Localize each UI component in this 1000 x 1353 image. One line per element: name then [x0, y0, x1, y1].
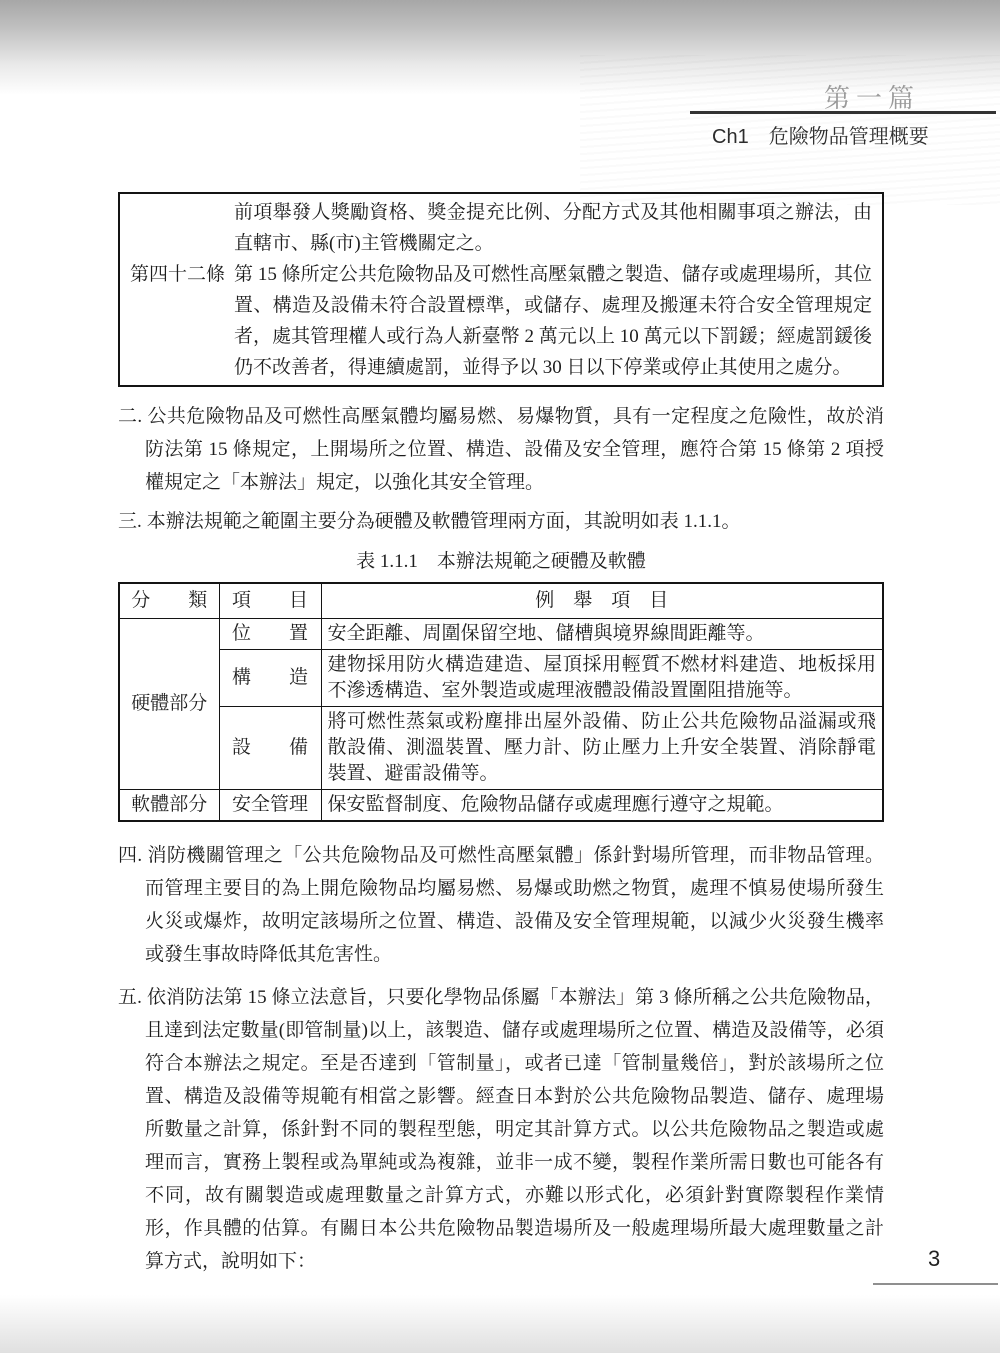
- list-item-3-ordinal: 三.: [118, 511, 142, 532]
- table-row: 軟體部分 安全管理 保安監督制度、危險物品儲存或處理應行遵守之規範。: [119, 790, 883, 822]
- bottom-scan-gradient: [0, 1295, 1000, 1353]
- chapter-label: Ch1: [712, 126, 749, 148]
- legal-box-paragraph: 前項舉發人獎勵資格、獎金提充比例、分配方式及其他相關事項之辦法，由直轄市、縣(市…: [234, 197, 872, 259]
- examples-cell-equipment: 將可燃性蒸氣或粉塵排出屋外設備、防止公共危險物品溢漏或飛散設備、測溫裝置、壓力計…: [321, 707, 883, 790]
- item-cell-location: 位 置: [219, 619, 321, 650]
- table-1-1-1: 分 類 項 目 例 舉 項 目 硬體部分 位 置 安全距離、周圍保留空地、儲槽與…: [118, 582, 884, 822]
- table-row: 設 備 將可燃性蒸氣或粉塵排出屋外設備、防止公共危險物品溢漏或飛散設備、測溫裝置…: [119, 707, 883, 790]
- header-cell-item: 項 目: [219, 583, 321, 619]
- article-row: 第四十二條 第 15 條所定公共危險物品及可燃性高壓氣體之製造、儲存或處理場所，…: [130, 259, 872, 383]
- table-header-row: 分 類 項 目 例 舉 項 目: [119, 583, 883, 619]
- table-row: 構 造 建物採用防火構造建造、屋頂採用輕質不燃材料建造、地板採用不滲透構造、室外…: [119, 650, 883, 707]
- table-caption: 表 1.1.1 本辦法規範之硬體及軟體: [118, 546, 884, 573]
- list-item-5-text: 依消防法第 15 條立法意旨，只要化學物品係屬「本辦法」第 3 條所稱之公共危險…: [145, 987, 884, 1272]
- table-row: 硬體部分 位 置 安全距離、周圍保留空地、儲槽與境界線間距離等。: [119, 619, 883, 650]
- examples-cell-structure: 建物採用防火構造建造、屋頂採用輕質不燃材料建造、地板採用不滲透構造、室外製造或處…: [321, 650, 883, 707]
- header-rule: [690, 111, 996, 114]
- list-item-3: 三.本辦法規範之範圍主要分為硬體及軟體管理兩方面，其說明如表 1.1.1。: [118, 505, 884, 538]
- document-page: 第一篇 Ch1危險物品管理概要 前項舉發人獎勵資格、獎金提充比例、分配方式及其他…: [0, 0, 1000, 1353]
- list-item-4: 四.消防機關管理之「公共危險物品及可燃性高壓氣體」係針對場所管理，而非物品管理。…: [118, 839, 884, 971]
- list-item-2: 二.公共危險物品及可燃性高壓氣體均屬易燃、易爆物質，具有一定程度之危險性，故於消…: [118, 400, 884, 499]
- list-item-3-text: 本辦法規範之範圍主要分為硬體及軟體管理兩方面，其說明如表 1.1.1。: [147, 511, 741, 532]
- list-item-5: 五.依消防法第 15 條立法意旨，只要化學物品係屬「本辦法」第 3 條所稱之公共…: [118, 981, 884, 1278]
- header-cell-category: 分 類: [119, 583, 219, 619]
- chapter-heading: Ch1危險物品管理概要: [712, 120, 929, 149]
- list-item-2-text: 公共危險物品及可燃性高壓氣體均屬易燃、易爆物質，具有一定程度之危險性，故於消防法…: [145, 406, 884, 493]
- article-text: 第 15 條所定公共危險物品及可燃性高壓氣體之製造、儲存或處理場所，其位置、構造…: [234, 259, 872, 383]
- examples-cell-safety-management: 保安監督制度、危險物品儲存或處理應行遵守之規範。: [321, 790, 883, 822]
- list-item-4-ordinal: 四.: [118, 845, 142, 866]
- chapter-title: 危險物品管理概要: [769, 126, 929, 148]
- page-number-rule: [873, 1283, 998, 1285]
- list-item-4-text: 消防機關管理之「公共危險物品及可燃性高壓氣體」係針對場所管理，而非物品管理。而管…: [145, 845, 884, 965]
- main-content: 前項舉發人獎勵資格、獎金提充比例、分配方式及其他相關事項之辦法，由直轄市、縣(市…: [118, 192, 884, 1278]
- header-cell-examples: 例 舉 項 目: [321, 583, 883, 619]
- category-cell-software: 軟體部分: [119, 790, 219, 822]
- item-cell-safety-management: 安全管理: [219, 790, 321, 822]
- category-cell-hardware: 硬體部分: [119, 619, 219, 790]
- article-number-label: 第四十二條: [130, 259, 234, 383]
- legal-quote-box: 前項舉發人獎勵資格、獎金提充比例、分配方式及其他相關事項之辦法，由直轄市、縣(市…: [118, 192, 884, 387]
- part-title: 第一篇: [824, 78, 920, 115]
- list-item-5-ordinal: 五.: [118, 987, 142, 1008]
- page-number: 3: [928, 1246, 940, 1272]
- item-cell-structure: 構 造: [219, 650, 321, 707]
- examples-cell-location: 安全距離、周圍保留空地、儲槽與境界線間距離等。: [321, 619, 883, 650]
- list-item-2-ordinal: 二.: [118, 406, 142, 427]
- item-cell-equipment: 設 備: [219, 707, 321, 790]
